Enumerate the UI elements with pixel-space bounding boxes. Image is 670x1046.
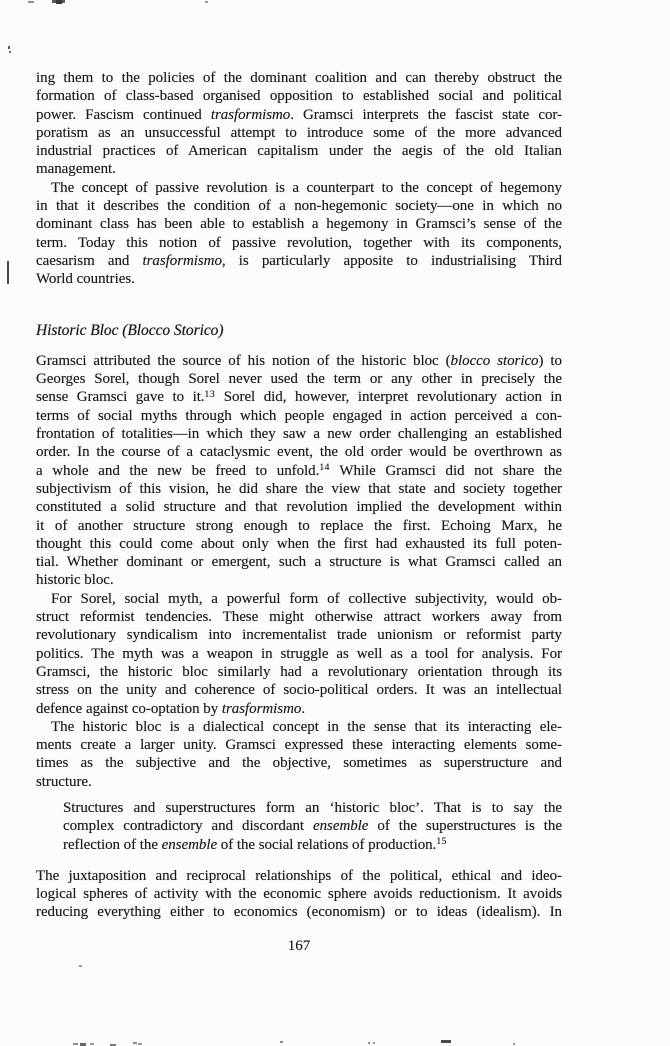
- text-line: sense Gramsci gave to it.13 Sorel did, h…: [36, 388, 562, 406]
- paragraph: The historic bloc is a dialectical conce…: [36, 718, 562, 791]
- text-line: poratism as an unsuccessful attempt to i…: [36, 124, 562, 142]
- scan-speck: [368, 1042, 370, 1044]
- scan-speck: [28, 1, 34, 3]
- text-line: formation of class-based organised oppos…: [36, 87, 562, 105]
- scan-speck: [133, 1042, 137, 1044]
- text-line: term. Today this notion of passive revol…: [36, 234, 562, 252]
- scan-speck: [79, 965, 82, 967]
- paragraph: The juxtaposition and reciprocal relatio…: [36, 867, 562, 922]
- scan-speck: [52, 0, 65, 3]
- text-line: it of another structure strong enough to…: [36, 517, 562, 535]
- text-column: ing them to the policies of the dominant…: [36, 69, 562, 922]
- text-line: ing them to the policies of the dominant…: [36, 69, 562, 87]
- text-line: reducing everything either to economics …: [36, 903, 562, 921]
- text-line: Gramsci, the historic bloc similarly had…: [36, 663, 562, 681]
- text-line: caesarism and trasformismo, is particula…: [36, 252, 562, 270]
- text-line: stress on the unity and coherence of soc…: [36, 681, 562, 699]
- text-line: constituted a solid structure and that r…: [36, 498, 562, 516]
- text-line: power. Fascism continued trasformismo. G…: [36, 106, 562, 124]
- paragraph: Gramsci attributed the source of his not…: [36, 352, 562, 590]
- text-line: a whole and the new be freed to unfold.1…: [36, 462, 562, 480]
- scan-speck: [138, 1043, 142, 1045]
- text-line: complex contradictory and discordant ens…: [63, 817, 562, 835]
- text-line: logical spheres of activity with the eco…: [36, 885, 562, 903]
- text-line: ments create a larger unity. Gramsci exp…: [36, 736, 562, 754]
- text-line: dominant class has been able to establis…: [36, 215, 562, 233]
- text-line: order. In the course of a cataclysmic ev…: [36, 443, 562, 461]
- text-line: The historic bloc is a dialectical conce…: [36, 718, 562, 736]
- text-line: Structures and superstructures form an ‘…: [63, 799, 562, 817]
- text-line: struct reformist tendencies. These might…: [36, 608, 562, 626]
- scan-speck: [9, 51, 11, 53]
- text-line: tial. Whether dominant or emergent, such…: [36, 553, 562, 571]
- paragraph: The concept of passive revolution is a c…: [36, 179, 562, 289]
- block-quote: Structures and superstructures form an ‘…: [36, 799, 562, 854]
- text-line: management.: [36, 160, 562, 178]
- text-line: thought this could come about only when …: [36, 535, 562, 553]
- text-line: The juxtaposition and reciprocal relatio…: [36, 867, 562, 885]
- scan-speck: [373, 1042, 375, 1044]
- text-line: in that it describes the condition of a …: [36, 197, 562, 215]
- paragraph: For Sorel, social myth, a powerful form …: [36, 590, 562, 718]
- section-heading: Historic Bloc (Blocco Storico): [36, 322, 562, 340]
- scan-speck: [73, 1043, 78, 1045]
- text-line: Gramsci attributed the source of his not…: [36, 352, 562, 370]
- text-line: structure.: [36, 773, 562, 791]
- page-number: 167: [36, 938, 562, 955]
- text-line: defence against co-optation by trasformi…: [36, 700, 562, 718]
- text-line: revolutionary syndicalism into increment…: [36, 626, 562, 644]
- text-line: times as the subjective and the objectiv…: [36, 754, 562, 772]
- scan-speck: [8, 46, 10, 49]
- scan-speck: [56, 0, 62, 4]
- text-line: subjectivism of this vision, he did shar…: [36, 480, 562, 498]
- text-line: historic bloc.: [36, 571, 562, 589]
- scan-speck: [280, 1041, 283, 1043]
- text-line: The concept of passive revolution is a c…: [36, 179, 562, 197]
- scan-speck: [441, 1040, 451, 1043]
- text-line: politics. The myth was a weapon in strug…: [36, 645, 562, 663]
- margin-mark: [7, 261, 9, 284]
- text-line: terms of social myths through which peop…: [36, 407, 562, 425]
- text-line: World countries.: [36, 270, 562, 288]
- scan-speck: [205, 1, 208, 3]
- paragraph: ing them to the policies of the dominant…: [36, 69, 562, 179]
- text-line: Georges Sorel, though Sorel never used t…: [36, 370, 562, 388]
- text-line: For Sorel, social myth, a powerful form …: [36, 590, 562, 608]
- text-line: industrial practices of American capital…: [36, 142, 562, 160]
- text-line: reflection of the ensemble of the social…: [63, 836, 562, 854]
- scan-speck: [513, 1043, 515, 1045]
- text-line: frontation of totalities—in which they s…: [36, 425, 562, 443]
- scan-speck: [90, 1043, 94, 1045]
